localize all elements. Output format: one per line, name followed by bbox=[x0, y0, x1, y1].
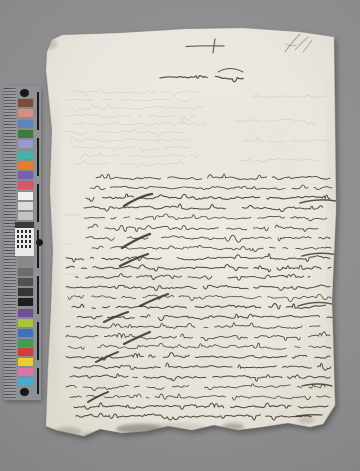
color-patch bbox=[18, 319, 33, 327]
color-patch bbox=[18, 368, 33, 376]
color-calibration-bar bbox=[4, 86, 41, 400]
color-patch bbox=[18, 202, 33, 210]
color-patch bbox=[18, 171, 33, 179]
label-micro-text bbox=[17, 245, 32, 248]
registration-circle bbox=[20, 388, 29, 396]
color-patch bbox=[18, 258, 33, 266]
color-patch bbox=[18, 192, 33, 200]
color-patch bbox=[18, 109, 33, 117]
color-patch bbox=[18, 348, 33, 356]
label-micro-text bbox=[17, 230, 32, 233]
color-patch bbox=[18, 181, 33, 189]
color-patch bbox=[18, 339, 33, 347]
calibration-label bbox=[15, 222, 34, 256]
color-patch bbox=[18, 298, 33, 306]
color-patch bbox=[18, 140, 33, 148]
color-patch bbox=[18, 329, 33, 337]
color-patch bbox=[18, 151, 33, 159]
color-patch bbox=[18, 378, 33, 386]
photo-scene bbox=[0, 0, 360, 471]
color-patch bbox=[18, 309, 33, 317]
color-patch bbox=[18, 130, 33, 138]
label-micro-text bbox=[17, 240, 32, 243]
color-patch bbox=[18, 278, 33, 286]
label-strip bbox=[15, 222, 34, 228]
color-patch bbox=[18, 358, 33, 366]
color-patch bbox=[18, 288, 33, 296]
label-micro-text bbox=[17, 235, 32, 238]
segment-line bbox=[37, 92, 39, 394]
color-patch bbox=[18, 268, 33, 276]
photo-stage bbox=[0, 0, 360, 471]
color-patch bbox=[18, 120, 33, 128]
color-patch bbox=[18, 99, 33, 107]
registration-circle bbox=[20, 89, 29, 97]
color-patch bbox=[18, 161, 33, 169]
color-patch bbox=[18, 212, 33, 220]
